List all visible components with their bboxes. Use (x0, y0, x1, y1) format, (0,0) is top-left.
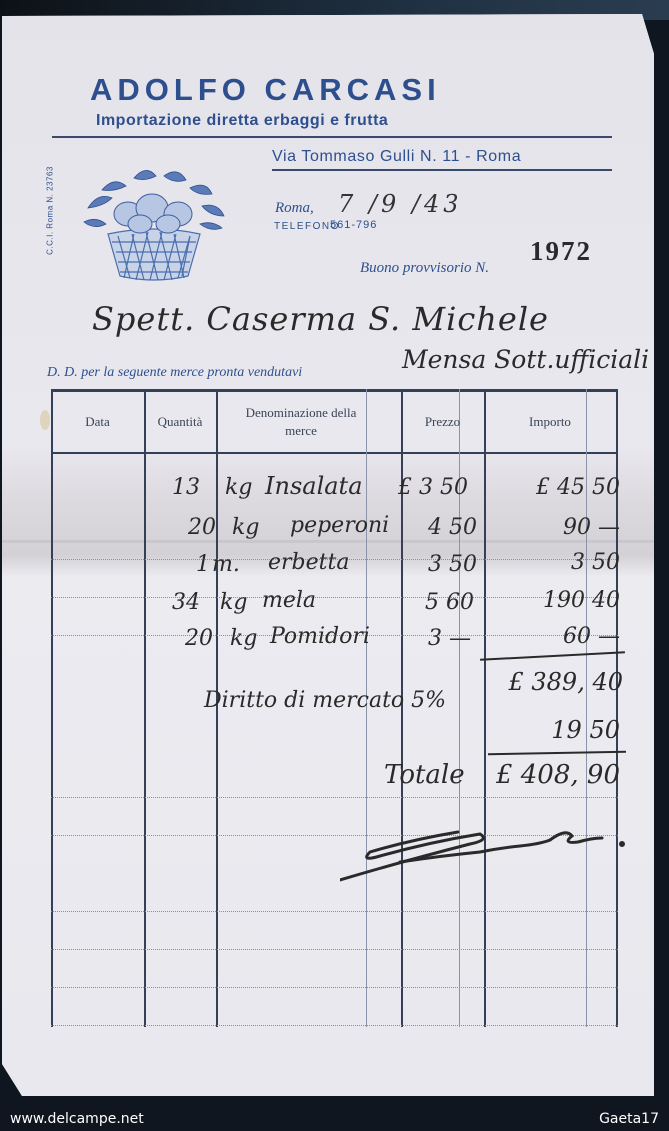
voucher-label: Buono provvisorio N. (360, 260, 489, 277)
header-importo: Importo (484, 397, 616, 447)
subtotal-amount: £ 389, 40 (478, 668, 623, 696)
company-address: Via Tommaso Gulli N. 11 - Roma (272, 148, 521, 166)
city-label: Roma, (275, 200, 314, 217)
row-price: 5 60 (425, 590, 474, 615)
recipient-detail: Mensa Sott.ufficiali (402, 345, 649, 374)
table-top-border (51, 389, 618, 392)
phone-number: 561-796 (330, 219, 377, 231)
paper-stain (40, 410, 50, 430)
header-quantita: Quantità (144, 397, 216, 447)
company-tagline: Importazione diretta erbaggi e frutta (96, 112, 388, 130)
row-unit: kg (230, 626, 257, 651)
row-unit: kg (232, 515, 259, 540)
row-price: £ 3 50 (398, 475, 468, 500)
row-price: 3 — (428, 626, 471, 651)
row-amount: 3 50 (490, 550, 620, 575)
market-fee-label: Diritto di mercato 5% (204, 688, 446, 713)
company-name: ADOLFO CARCASI (90, 72, 441, 108)
dd-text: D. D. per la seguente merce pronta vendu… (47, 365, 302, 381)
row-price: 4 50 (428, 515, 477, 540)
row-qty: 13 (172, 475, 200, 500)
row-item: peperoni (290, 513, 389, 538)
row-unit: kg (225, 475, 252, 500)
row-item: erbetta (268, 550, 349, 575)
total-label: Totale (384, 760, 465, 790)
row-qty: 20 (188, 515, 216, 540)
header-bottom-border (51, 452, 618, 454)
row-line (51, 949, 618, 950)
total-amount: £ 408, 90 (470, 760, 620, 790)
row-amount: 60 — (490, 624, 620, 649)
row-item: Insalata (265, 472, 363, 500)
registration-number: C.C.I. Roma N. 23763 (46, 151, 55, 271)
watermark-site: www.delcampe.net (10, 1111, 144, 1127)
fruit-basket-icon (78, 162, 230, 286)
address-rule (272, 169, 612, 171)
recipient: Spett. Caserma S. Michele (92, 300, 549, 338)
row-amount: 190 40 (490, 588, 620, 613)
row-item: mela (262, 588, 316, 613)
row-line (51, 987, 618, 988)
header-prezzo: Prezzo (401, 397, 484, 447)
row-amount: 90 — (490, 515, 620, 540)
row-qty: 1 (196, 552, 210, 577)
row-amount: £ 45 50 (490, 475, 620, 500)
row-unit: m. (212, 552, 240, 577)
header-rule (52, 136, 612, 138)
col-divider (484, 389, 486, 1027)
market-fee-amount: 19 50 (500, 716, 620, 744)
voucher-number: 1972 (530, 236, 592, 267)
row-line (51, 911, 618, 912)
row-qty: 34 (172, 590, 200, 615)
invoice-date: 7 /9 /43 (338, 190, 463, 218)
col-divider (144, 389, 146, 1027)
watermark-seller: Gaeta17 (599, 1111, 659, 1127)
row-price: 3 50 (428, 552, 477, 577)
signature (340, 822, 630, 882)
row-item: Pomidori (270, 624, 370, 649)
row-qty: 20 (185, 626, 213, 651)
table-left-border (51, 389, 53, 1027)
row-unit: kg (220, 590, 247, 615)
row-line (51, 797, 618, 798)
header-data: Data (51, 397, 144, 447)
row-line (51, 1025, 618, 1026)
header-denominazione: Denominazione della merce (241, 397, 361, 447)
